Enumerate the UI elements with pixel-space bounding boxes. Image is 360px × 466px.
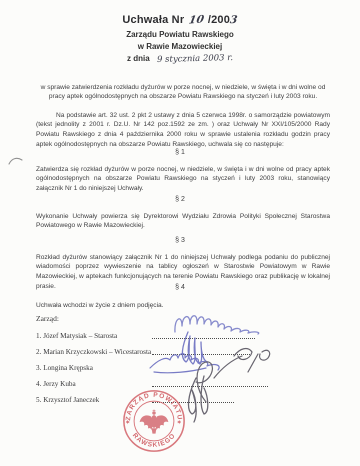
issuing-body-line2: w Rawie Mazowieckiej — [0, 42, 360, 51]
board-member-row: 1. Józef Matysiak – Starosta — [36, 328, 328, 342]
section-2-text: Wykonanie Uchwały powierza się Dyrektoro… — [36, 212, 330, 231]
signature-dotted-line — [152, 402, 234, 403]
section-2-heading: § 2 — [0, 196, 360, 203]
section-1-heading: § 1 — [0, 149, 360, 156]
stamp-separator-star-right: ✶ — [177, 420, 183, 426]
signature-dotted-line — [152, 354, 250, 355]
section-3-heading: § 3 — [0, 237, 360, 244]
title-year-handwritten: 3 — [229, 14, 238, 26]
section-4-heading: § 4 — [0, 284, 360, 291]
title-year-printed: /200 — [208, 14, 230, 26]
stamp-inner-ring — [134, 401, 174, 441]
board-member-row: 3. Longina Krępska — [36, 360, 328, 374]
date-line: z dnia 9 stycznia 2003 r. — [0, 54, 360, 64]
title-prefix: Uchwała Nr — [122, 14, 184, 26]
board-member-row: 5. Krzysztof Janeczek — [36, 392, 328, 406]
board-member-name: 2. Marian Krzyczkowski – Wicestarosta — [36, 348, 151, 356]
signature-dotted-line — [152, 386, 268, 387]
board-member-name: 3. Longina Krępska — [36, 364, 93, 372]
date-handwritten: 9 stycznia 2003 r. — [157, 53, 233, 65]
stamp-arc-bottom-text: RAWSKIEGO — [131, 432, 177, 449]
document-header: Uchwała Nr 10 /2003 Zarządu Powiatu Raws… — [0, 14, 360, 64]
scanned-resolution-document: { "header": { "title_prefix": "Uchwała N… — [0, 0, 360, 466]
title-number-handwritten: 10 — [187, 13, 204, 26]
margin-pen-mark — [8, 155, 24, 167]
section-4-text: Uchwała wchodzi w życie z dniem podjęcia… — [36, 301, 330, 311]
stamp-eagle-icon — [140, 410, 169, 434]
board-label: Zarząd: — [36, 314, 59, 323]
issuing-body-line1: Zarządu Powiatu Rawskiego — [0, 30, 360, 39]
legal-basis-paragraph: Na podstawie art. 32 ust. 2 pkt 2 ustawy… — [36, 111, 330, 150]
document-title: Uchwała Nr 10 /2003 — [0, 14, 360, 26]
date-label: z dnia — [127, 54, 150, 63]
stamp-separator-star-left: ✶ — [125, 420, 131, 426]
board-member-row: 4. Jerzy Kuba — [36, 376, 328, 390]
board-member-name: 5. Krzysztof Janeczek — [36, 396, 99, 404]
section-1-text: Zatwierdza się rozkład dyżurów w porze n… — [36, 165, 330, 194]
subject-paragraph: w sprawie zatwierdzenia rozkładu dyżurów… — [36, 83, 330, 102]
board-member-row: 2. Marian Krzyczkowski – Wicestarosta — [36, 344, 328, 358]
board-member-name: 4. Jerzy Kuba — [36, 380, 76, 388]
board-member-name: 1. Józef Matysiak – Starosta — [36, 332, 117, 340]
signature-dotted-line — [152, 338, 255, 339]
